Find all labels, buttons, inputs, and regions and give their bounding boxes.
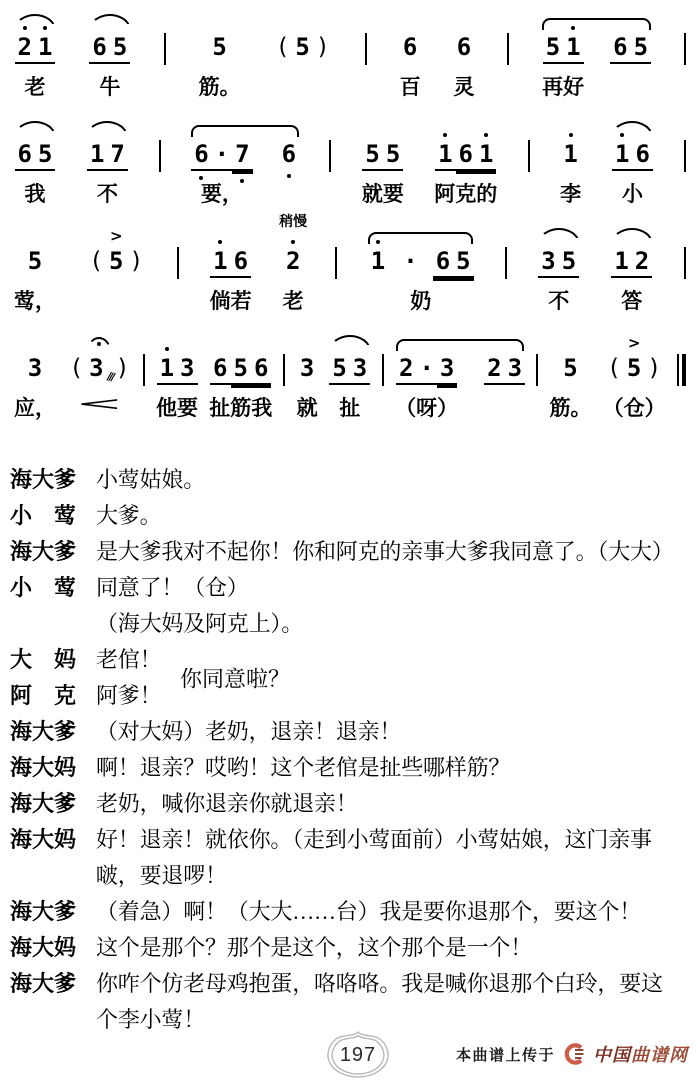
lyric-text: 他要 xyxy=(156,392,198,422)
decoration: 23 xyxy=(484,353,525,389)
decoration: 35 xyxy=(538,246,579,282)
dialogue-row: 阿 克阿爹！ xyxy=(10,678,692,714)
note-cell: 1·65奶 xyxy=(368,224,474,315)
decoration xyxy=(143,331,145,353)
decoration: 16 xyxy=(210,246,251,282)
decoration: 2·3 xyxy=(396,353,457,389)
barline xyxy=(684,33,686,65)
site-logo-icon xyxy=(562,1043,586,1065)
note-cell: 6 xyxy=(279,139,299,208)
decoration: (5) xyxy=(273,32,331,68)
decoration xyxy=(335,246,337,282)
note-digit: 2 xyxy=(632,246,652,278)
lyric-text: 不 xyxy=(548,285,569,315)
barline-cell xyxy=(164,10,166,101)
decoration: 6·7 xyxy=(191,139,252,175)
note-digit: 2 xyxy=(396,353,416,385)
slur-arc xyxy=(14,14,56,30)
note-digit: 2 xyxy=(283,246,303,276)
decoration xyxy=(684,32,686,68)
page-number: 197 xyxy=(340,1044,376,1067)
lyric-text: 筋。 xyxy=(199,71,241,101)
note-cell: 13他要 xyxy=(156,331,198,422)
decoration xyxy=(542,10,651,32)
note-digit: 5 xyxy=(559,246,579,278)
decoration xyxy=(382,331,384,353)
note-digit: 6 xyxy=(251,353,271,385)
decoration xyxy=(505,224,507,246)
decoration: 1·65 xyxy=(368,246,474,282)
barline-cell xyxy=(159,117,161,208)
lyric-text: 答 xyxy=(621,285,642,315)
note-cell: 161阿克的 xyxy=(434,117,497,208)
note-cell: 656扯筋我 xyxy=(209,331,272,422)
note-digit: 1 xyxy=(563,32,583,64)
music-line: 3应，(3///)<13他要656扯筋我3就53扯2·3（呀）235筋。>(5)… xyxy=(0,331,700,422)
decoration: 6·7要，6 xyxy=(191,139,299,208)
stage-direction: （海大妈及阿克上）。 xyxy=(96,606,692,642)
note-digit: 3 xyxy=(177,353,197,385)
octave-dot-above xyxy=(376,240,380,244)
note-digit: 7 xyxy=(107,139,127,171)
slur-bracket xyxy=(368,232,474,244)
note-cell: (3///)< xyxy=(67,331,131,422)
note-cell: 1李 xyxy=(560,117,581,208)
decoration: 65 xyxy=(610,32,651,68)
note-cell: >(5) xyxy=(87,224,145,315)
decoration xyxy=(677,353,686,389)
note-digit: 5 xyxy=(35,139,55,171)
lyric-text: 奶 xyxy=(410,285,431,315)
note-digit: 6 xyxy=(454,32,474,62)
barline-cell xyxy=(677,331,686,422)
note-digit: 3 xyxy=(350,353,370,385)
decoration: 6 xyxy=(400,32,420,68)
decoration xyxy=(335,224,337,246)
music-notation-section: 21老65牛5筋。(5)6百6灵51再好6565我17不6·7要，655就要16… xyxy=(0,0,700,422)
decoration xyxy=(682,354,686,386)
barline xyxy=(507,33,509,65)
barline xyxy=(684,247,686,279)
decoration xyxy=(14,224,56,246)
note-digit: 1 xyxy=(87,139,107,171)
watermark-credit: 本曲谱上传于 中国曲谱网 xyxy=(456,1041,688,1067)
decoration xyxy=(611,117,653,139)
dialogue-row: 海大爹（着急）啊！（大大……台）我是要你退那个，要这个！ xyxy=(10,894,692,930)
note-digit: 6 xyxy=(15,139,35,171)
decoration: (3///) xyxy=(67,353,131,389)
decoration xyxy=(164,32,166,68)
note-cell: 2·3（呀） xyxy=(395,353,458,422)
decoration: > xyxy=(603,331,666,353)
speaker-name: 海大爹 xyxy=(10,714,96,750)
note-digit: 2 xyxy=(15,32,35,64)
lyric-text: 老 xyxy=(283,285,304,315)
dialogue-row: 海大妈这个是那个？那个是这个，这个那个是一个！ xyxy=(10,930,692,966)
dialogue-text: 大爹。 xyxy=(96,498,692,534)
decoration xyxy=(400,10,421,32)
note-cell: 35不 xyxy=(538,224,580,315)
slur-bracket xyxy=(396,339,525,351)
decoration xyxy=(159,139,161,175)
note-group-span: 2·3（呀）23 xyxy=(395,331,525,422)
close-paren: ) xyxy=(644,353,663,383)
decoration: 13 xyxy=(157,353,198,389)
barline xyxy=(536,354,538,386)
lyric-text: （呀） xyxy=(395,392,458,422)
lyric-text: 扯 xyxy=(339,392,360,422)
barline xyxy=(505,247,507,279)
decoration xyxy=(507,32,509,68)
decoration: 3 xyxy=(25,353,45,389)
lyric-text: 老 xyxy=(25,71,46,101)
close-paren: ) xyxy=(113,353,132,383)
note-digit: 6 xyxy=(191,139,211,171)
barline xyxy=(164,33,166,65)
music-line: 5莺，>(5)16倘若稍慢2老1·65奶35不12答 xyxy=(0,224,700,315)
lyric-text: 就 xyxy=(297,392,318,422)
decoration: 65 xyxy=(15,139,56,175)
decoration: 51 xyxy=(543,32,584,68)
decoration: 6 xyxy=(454,32,474,68)
barline xyxy=(382,354,384,386)
note-digit: 6 xyxy=(632,139,652,171)
lyric-text: 莺， xyxy=(14,285,56,315)
slur-arc xyxy=(611,121,653,137)
octave-dot-above xyxy=(569,133,573,137)
octave-dot-above xyxy=(23,26,27,30)
barline-cell xyxy=(365,10,367,101)
dialogue-row: 海大爹老奶，喊你退亲你就退亲！ xyxy=(10,786,692,822)
decoration xyxy=(191,117,299,139)
decoration: 656 xyxy=(210,353,271,389)
note-digit: · xyxy=(400,246,420,276)
note-group-span: 51再好65 xyxy=(542,10,651,101)
dialogue-section: 海大爹小莺姑娘。小 莺大爹。海大爹是大爹我对不起你！你和阿克的亲事大爹我同意了。… xyxy=(0,462,700,1038)
decoration: 65 xyxy=(89,32,130,68)
decoration: 16 xyxy=(612,139,653,175)
decoration xyxy=(14,117,56,139)
lyric-text: 再好 xyxy=(542,71,584,101)
open-paren: ( xyxy=(67,353,86,383)
note-digit: 5 xyxy=(383,139,403,171)
dialogue-row: 海大爹（对大妈）老奶，退亲！退亲！ xyxy=(10,714,692,750)
footer-upload-text: 本曲谱上传于 xyxy=(456,1044,555,1065)
note-digit: 5 xyxy=(362,139,382,171)
decoration xyxy=(453,10,474,32)
note-cell: 5筋。 xyxy=(199,10,241,101)
slur-bracket xyxy=(191,125,299,137)
note-digit: 1 xyxy=(368,246,388,276)
barline xyxy=(684,140,686,172)
decoration xyxy=(177,246,179,282)
speaker-name: 海大妈 xyxy=(10,750,96,786)
note-cell: 51再好 xyxy=(542,32,584,101)
lyric-text: 李 xyxy=(560,178,581,208)
barline-cell xyxy=(507,10,509,101)
note-digit: 5 xyxy=(560,353,580,383)
decoration xyxy=(329,139,331,175)
note-cell: 12答 xyxy=(611,224,653,315)
slur-arc xyxy=(89,14,131,30)
decoration: 51再好65 xyxy=(542,32,651,101)
speaker-name: 大 妈 xyxy=(10,642,96,678)
barline-cell xyxy=(143,331,145,422)
decoration xyxy=(210,224,252,246)
lyric-text: 倘若 xyxy=(210,285,252,315)
open-paren: ( xyxy=(87,246,106,276)
note-digit: · xyxy=(416,353,436,385)
open-paren: ( xyxy=(605,353,624,383)
decoration: 5 xyxy=(209,32,229,68)
barline-cell xyxy=(329,117,331,208)
lyric-text: < xyxy=(90,392,108,422)
decoration: 55 xyxy=(362,139,403,175)
note-digit: 5 xyxy=(329,353,349,385)
note-cell: 6·7要， xyxy=(191,139,252,208)
decoration: 53 xyxy=(329,353,370,389)
decoration: 17 xyxy=(87,139,128,175)
dialogue-text: （对大妈）老奶，退亲！退亲！ xyxy=(96,714,692,750)
note-cell: 6灵 xyxy=(453,10,474,101)
note-digit: 3 xyxy=(25,353,45,383)
note-digit: 5 xyxy=(292,32,312,62)
decoration xyxy=(329,117,331,139)
note-cell: 65牛 xyxy=(89,10,131,101)
speaker-name: 小 莺 xyxy=(10,570,96,606)
decoration xyxy=(156,331,198,353)
decoration xyxy=(14,10,56,32)
decoration xyxy=(684,10,686,32)
dialogue-text: 老奶，喊你退亲你就退亲！ xyxy=(96,786,692,822)
note-digit: 6 xyxy=(231,246,251,278)
decoration xyxy=(549,331,591,353)
music-line: 65我17不6·7要，655就要161阿克的1李16小 xyxy=(0,117,700,208)
speaker-name: 海大爹 xyxy=(10,462,96,498)
decoration xyxy=(395,331,525,353)
lyric-text: 灵 xyxy=(453,71,474,101)
decoration: 12 xyxy=(611,246,652,282)
note-cell: 3应， xyxy=(14,331,56,422)
note-digit: 6 xyxy=(210,353,230,385)
slur-arc xyxy=(14,121,56,137)
note-digit: 5 xyxy=(631,32,651,64)
barline xyxy=(283,354,285,386)
dialogue-row: 海大爹小莺姑娘。 xyxy=(10,462,692,498)
note-digit: 1 xyxy=(611,246,631,278)
site-logo-text-secondary: 曲谱网 xyxy=(631,1045,688,1065)
barline xyxy=(143,354,145,386)
decoration xyxy=(365,32,367,68)
dialogue-row: 小 莺大爹。 xyxy=(10,498,692,534)
barline-cell xyxy=(335,224,337,315)
note-digit: 5 xyxy=(110,32,130,64)
barline-cell xyxy=(684,10,686,101)
barline xyxy=(365,33,367,65)
shared-line: 你同意啦？ xyxy=(180,663,290,694)
note-cell: 6百 xyxy=(400,10,421,101)
decoration xyxy=(297,331,318,353)
lyric-text: 要， xyxy=(201,178,243,208)
fermata-dot xyxy=(97,342,101,346)
lyric-text: （仓） xyxy=(603,392,666,422)
decoration xyxy=(283,353,285,389)
speaker-name: 海大爹 xyxy=(10,534,96,570)
note-digit: 1 xyxy=(210,246,230,278)
barline xyxy=(159,140,161,172)
lyric-text: 扯筋我 xyxy=(209,392,272,422)
note-cell: 65 xyxy=(610,32,651,101)
fermata-mark xyxy=(87,337,111,351)
note-digit: 6 xyxy=(279,139,299,169)
note-digit: 6 xyxy=(400,32,420,62)
open-paren: ( xyxy=(273,32,292,62)
dialogue-text: 小莺姑娘。 xyxy=(96,462,692,498)
barline-cell xyxy=(505,224,507,315)
note-group-span: 6·7要，6 xyxy=(191,117,299,208)
note-digit: 1 xyxy=(560,139,580,169)
note-digit: · xyxy=(212,139,232,171)
decoration xyxy=(677,354,679,386)
decoration xyxy=(10,606,96,642)
note-cell: 23 xyxy=(484,353,525,422)
octave-dot-above xyxy=(165,347,169,351)
decoration xyxy=(684,246,686,282)
decoration: 2 xyxy=(283,246,303,282)
note-cell: 5莺， xyxy=(14,224,56,315)
barline xyxy=(335,247,337,279)
decoration xyxy=(677,331,686,353)
note-cell: 3就 xyxy=(297,331,318,422)
note-digit: 5 xyxy=(453,246,473,278)
accent-mark: > xyxy=(628,337,641,349)
barline-cell xyxy=(536,331,538,422)
note-digit: 3 xyxy=(505,353,525,385)
barline xyxy=(177,247,179,279)
note-digit: 3 xyxy=(538,246,558,278)
note-cell: 53扯 xyxy=(329,331,371,422)
close-paren: ) xyxy=(313,32,332,62)
lyric-text: 我 xyxy=(25,178,46,208)
accent-mark: > xyxy=(110,230,123,242)
speaker-name: 海大爹 xyxy=(10,894,96,930)
dialogue-pair: 大 妈老倌！阿 克阿爹！你同意啦？ xyxy=(10,642,692,714)
lyric-text: 百 xyxy=(400,71,421,101)
octave-dot-below xyxy=(240,179,244,183)
site-logo-text: 中国曲谱网 xyxy=(593,1041,688,1067)
decoration xyxy=(368,224,474,246)
decoration xyxy=(365,10,367,32)
barline xyxy=(528,140,530,172)
barline-cell xyxy=(684,224,686,315)
decoration xyxy=(528,117,530,139)
decoration xyxy=(67,331,131,353)
note-digit: 5 xyxy=(106,246,126,276)
decoration xyxy=(507,10,509,32)
barline-cell xyxy=(177,224,179,315)
lyric-text: 小 xyxy=(622,178,643,208)
note-cell: 21老 xyxy=(14,10,56,101)
note-digit: 2 xyxy=(484,353,504,385)
tempo-annotation: 稍慢 xyxy=(279,211,307,231)
decoration xyxy=(86,117,128,139)
dialogue-row: 海大爹是大爹我对不起你！你和阿克的亲事大爹我同意了。（大大） xyxy=(10,534,692,570)
decoration xyxy=(684,139,686,175)
speaker-name: 海大妈 xyxy=(10,822,96,894)
note-digit: 1 xyxy=(612,139,632,171)
note-digit: 6 xyxy=(456,139,476,171)
page-footer: 197 本曲谱上传于 中国曲谱网 xyxy=(0,1025,700,1083)
decoration xyxy=(209,331,272,353)
barline-cell xyxy=(283,331,285,422)
close-paren: ) xyxy=(127,246,146,276)
decoration xyxy=(159,117,161,139)
note-cell: 16小 xyxy=(611,117,653,208)
decoration: 5 xyxy=(25,246,45,282)
decoration: 5 xyxy=(560,353,580,389)
note-digit: 5 xyxy=(25,246,45,276)
barline xyxy=(329,140,331,172)
dialogue-text: 好！退亲！就依你。（走到小莺面前）小莺姑娘，这门亲事 啵，要退啰！ xyxy=(96,822,692,894)
final-barline xyxy=(677,353,686,386)
decoration: 6 xyxy=(279,139,299,175)
dialogue-text: 啊！退亲？哎哟！这个老倌是扯些哪样筋？ xyxy=(96,750,692,786)
lyric-text: 牛 xyxy=(99,71,120,101)
decoration xyxy=(505,246,507,282)
slur-arc xyxy=(86,121,128,137)
note-cell: >(5)（仓） xyxy=(603,331,666,422)
dialogue-text: 这个是那个？那个是这个，这个那个是一个！ xyxy=(96,930,692,966)
speaker-name: 海大妈 xyxy=(10,930,96,966)
barline-cell xyxy=(382,331,384,422)
note-digit: 3 xyxy=(297,353,317,383)
note-cell: 17不 xyxy=(86,117,128,208)
slur-arc xyxy=(538,228,580,244)
dialogue-row: 海大妈啊！退亲？哎哟！这个老倌是扯些哪样筋？ xyxy=(10,750,692,786)
lyric-text: 筋。 xyxy=(549,392,591,422)
decoration xyxy=(611,224,653,246)
note-digit: 1 xyxy=(435,139,455,171)
decoration: (5) xyxy=(605,353,663,389)
decoration xyxy=(143,353,145,389)
stage-direction-row: （海大妈及阿克上）。 xyxy=(10,606,692,642)
speaker-name: 海大爹 xyxy=(10,786,96,822)
decoration xyxy=(528,139,530,175)
speaker-name: 小 莺 xyxy=(10,498,96,534)
page-number-badge: 197 xyxy=(320,1029,396,1081)
lyric-text: 应， xyxy=(14,392,56,422)
decoration xyxy=(273,10,331,32)
slur-arc xyxy=(329,335,371,351)
decoration xyxy=(536,331,538,353)
decoration xyxy=(538,224,580,246)
note-cell: 稍慢2老 xyxy=(283,224,304,315)
decoration xyxy=(362,117,404,139)
decoration xyxy=(329,331,371,353)
decoration xyxy=(199,10,241,32)
crescendo-mark: < xyxy=(75,394,123,415)
decoration xyxy=(684,224,686,246)
dialogue-row: 海大妈好！退亲！就依你。（走到小莺面前）小莺姑娘，这门亲事 啵，要退啰！ xyxy=(10,822,692,894)
decoration xyxy=(89,10,131,32)
note-cell: 55就要 xyxy=(362,117,404,208)
decoration xyxy=(164,10,166,32)
decoration: 1 xyxy=(560,139,580,175)
lyric-text: 就要 xyxy=(362,178,404,208)
note-digit: 6 xyxy=(610,32,630,64)
site-logo-text-primary: 中国 xyxy=(593,1045,631,1065)
note-digit: 5 xyxy=(543,32,563,64)
